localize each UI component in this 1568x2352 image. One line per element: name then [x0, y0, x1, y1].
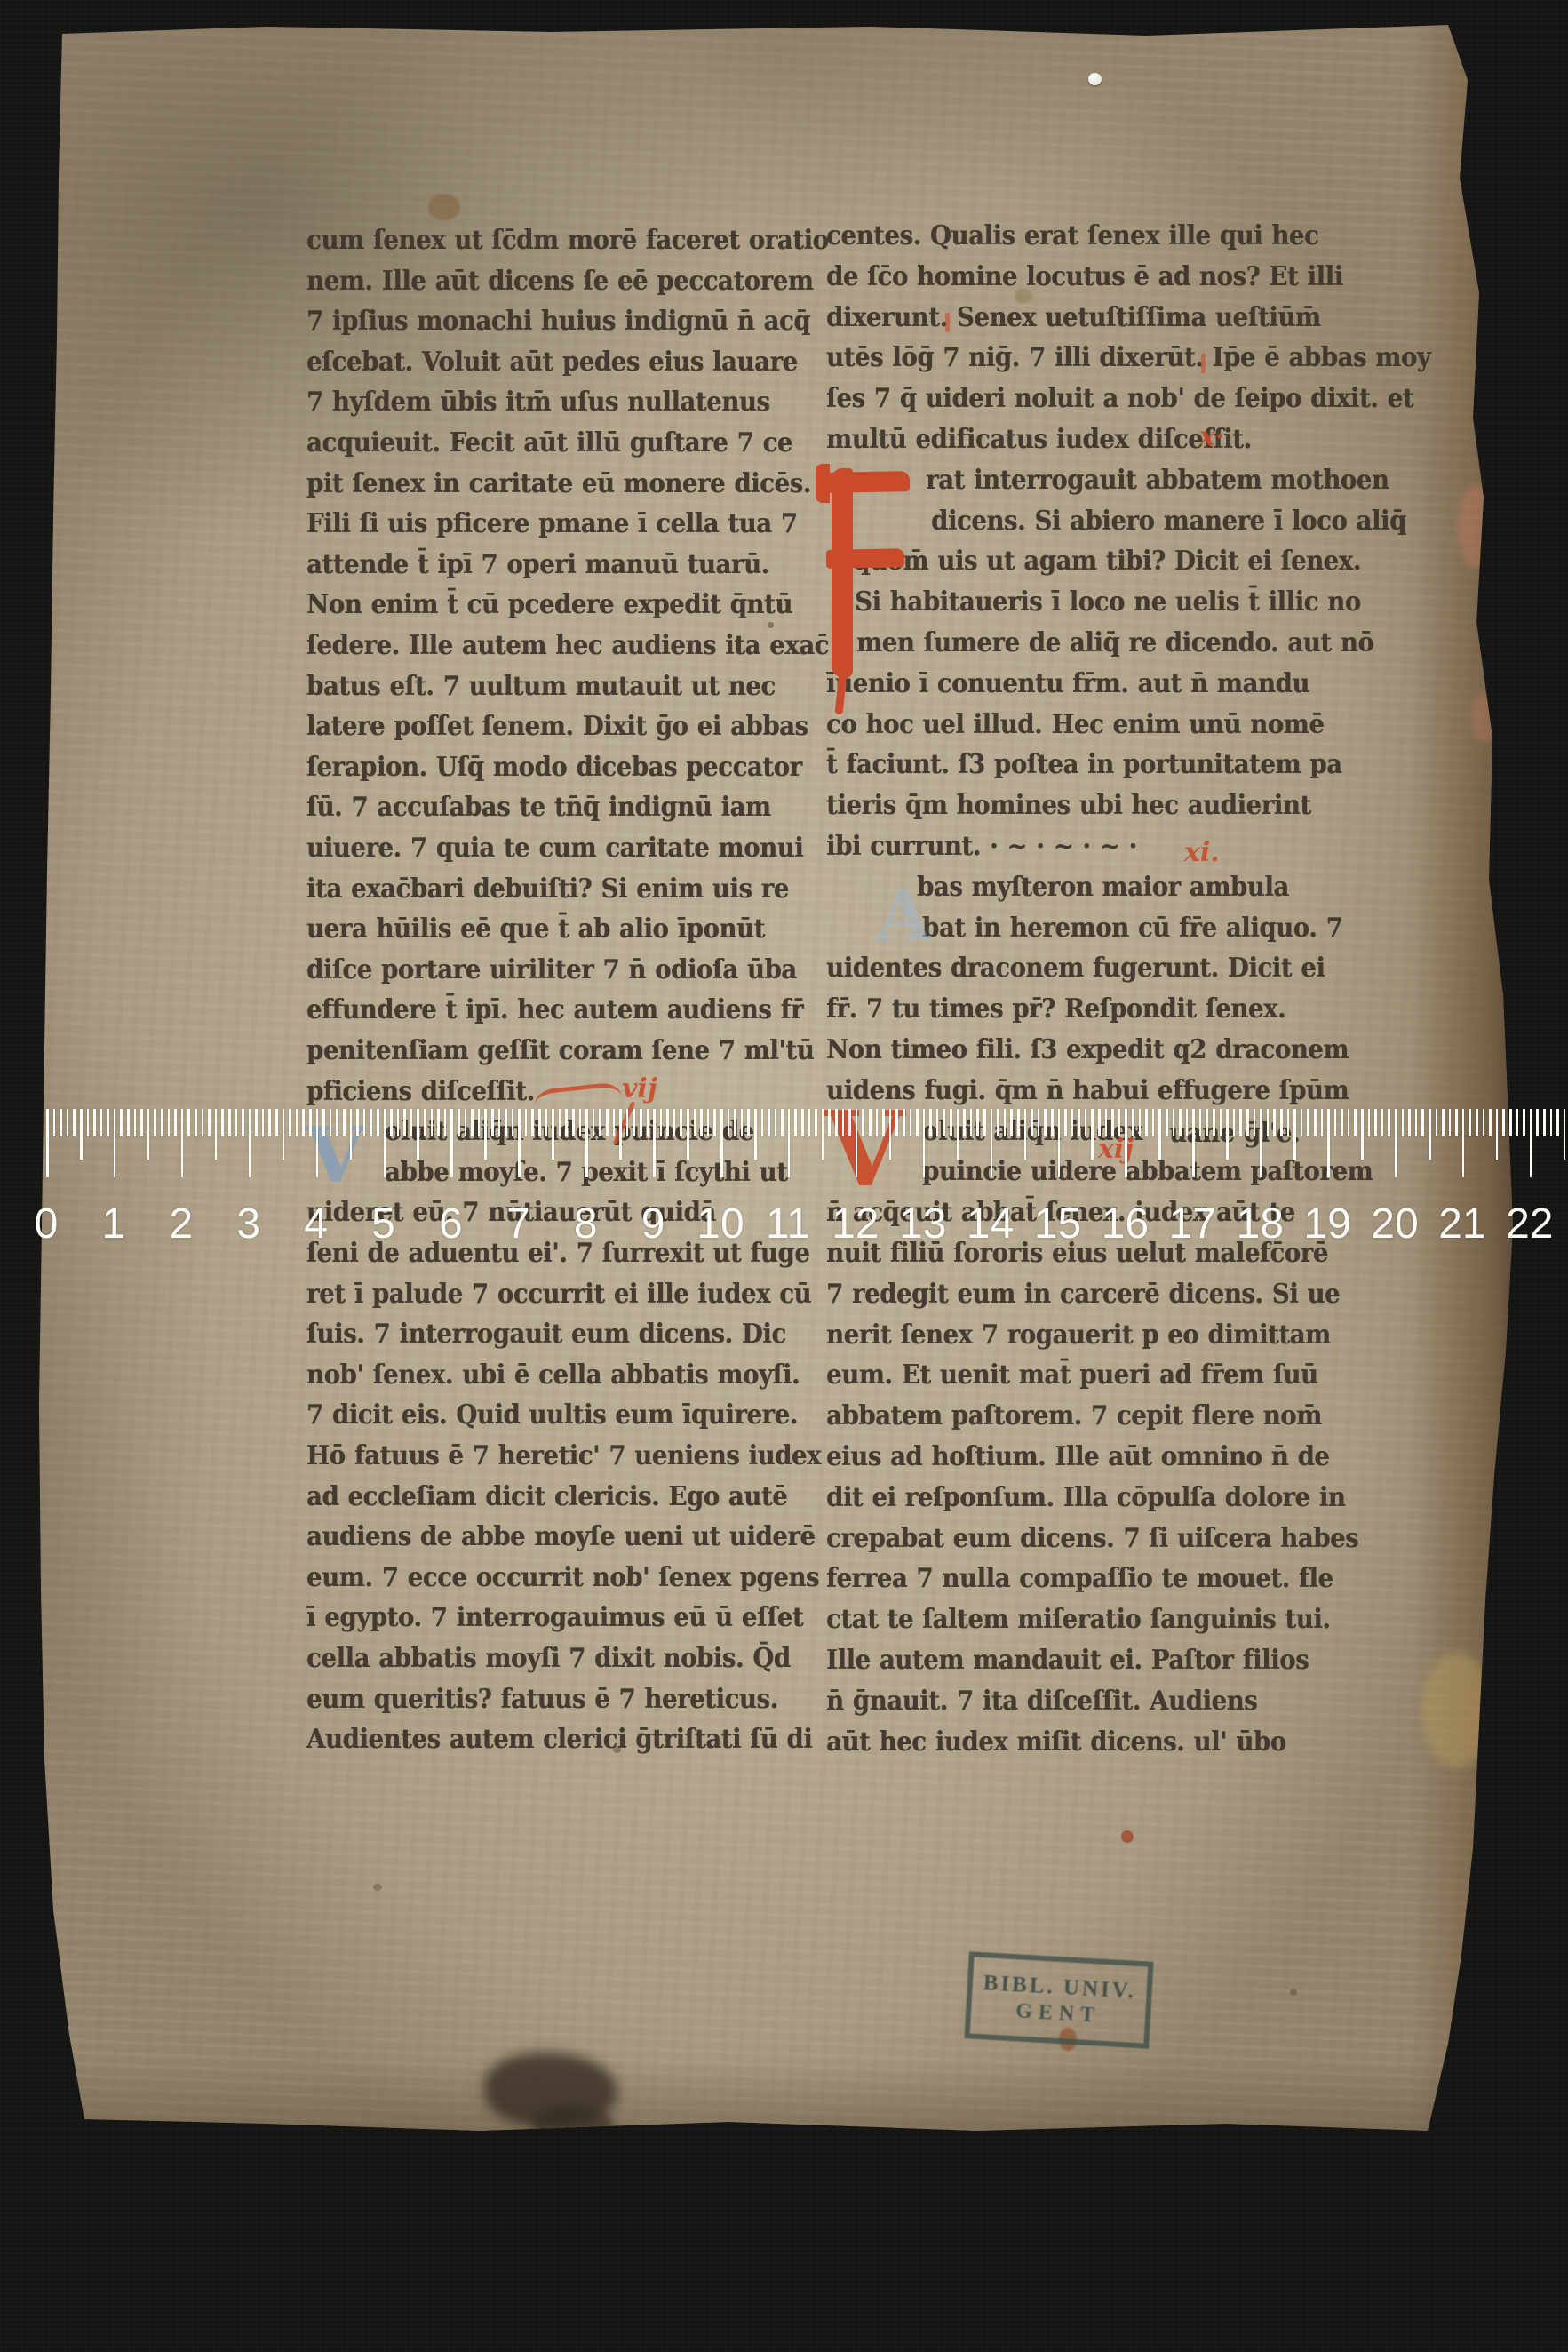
ruler-tick — [127, 1109, 130, 1136]
ruler-tick — [1226, 1109, 1229, 1160]
ruler-tick — [60, 1109, 62, 1136]
ruler-tick — [525, 1109, 528, 1136]
manuscript-line: men ſumere de aliq̄ re dicendo. aut nō — [856, 627, 1373, 658]
red-touched-capital — [1201, 354, 1206, 373]
ruler-tick — [983, 1109, 986, 1136]
ruler-tick — [1550, 1109, 1553, 1136]
manuscript-line: fr̄. 7 tu times pr̄? Reſpondit ſenex. — [826, 993, 1285, 1024]
ruler-number: 19 — [1303, 1200, 1350, 1248]
ruler-number: 13 — [899, 1200, 946, 1248]
ruler-tick — [377, 1109, 379, 1136]
ruler-tick — [174, 1109, 177, 1136]
ruler-tick — [1105, 1109, 1108, 1136]
ruler-tick — [1071, 1109, 1074, 1136]
ruler-tick — [262, 1109, 265, 1136]
ruler-tick — [1429, 1109, 1431, 1160]
ruler-tick — [1199, 1109, 1202, 1136]
ruler-tick — [1442, 1109, 1445, 1136]
ruler-tick — [963, 1109, 966, 1136]
ruler-tick — [593, 1109, 595, 1136]
ruler-tick — [370, 1109, 372, 1136]
manuscript-line: pit ſenex in caritate eū monere dicēs. — [306, 468, 811, 498]
ruler-tick — [842, 1109, 845, 1136]
ruler-tick — [707, 1109, 710, 1136]
manuscript-line: eum. 7 ecce occurrit nob' ſenex pgens — [306, 1562, 819, 1592]
ruler-tick — [976, 1109, 979, 1136]
ruler-tick — [484, 1109, 487, 1160]
ruler-tick — [465, 1109, 467, 1136]
manuscript-line: Non enim t̄ cū pcedere expedit q̄ntū — [306, 589, 792, 619]
ruler-tick — [1408, 1109, 1411, 1136]
stain — [1457, 484, 1494, 569]
manuscript-line: ī egypto. 7 interrogauimus eū ū eſſet — [306, 1602, 803, 1632]
manuscript-line: ita exac̄bari debuiſti? Si enim uis re — [306, 873, 789, 904]
manuscript-line: quom̄ uis ut agam tibi? Dicit ei ſenex. — [853, 546, 1361, 576]
ruler-tick — [1301, 1109, 1303, 1136]
ruler-number: 15 — [1034, 1200, 1081, 1248]
ruler-tick — [1449, 1109, 1452, 1136]
ruler-tick — [228, 1109, 231, 1136]
ruler-tick — [734, 1109, 736, 1136]
ruler-tick — [512, 1109, 514, 1136]
ruler-tick — [1489, 1109, 1492, 1136]
ruler-tick — [1436, 1109, 1438, 1136]
manuscript-line: audiens de abbe moyſe ueni ut uiderē — [306, 1521, 816, 1551]
ruler-tick — [835, 1109, 838, 1136]
ruler-tick — [390, 1109, 393, 1136]
ruler-tick — [647, 1109, 649, 1136]
ruler-tick — [330, 1109, 332, 1136]
manuscript-line: tieris q̄m homines ubi hec audierint — [826, 790, 1311, 820]
stamp-line1: BIBL. UNIV. — [983, 1971, 1136, 2005]
ruler-tick — [910, 1109, 912, 1136]
ruler-tick — [100, 1109, 103, 1136]
ruler-tick — [1354, 1109, 1357, 1136]
ruler-tick — [565, 1109, 568, 1136]
ruler-tick — [1502, 1109, 1505, 1136]
ruler-tick — [889, 1109, 892, 1160]
ruler-tick — [1267, 1109, 1270, 1136]
manuscript-line: dixerunt. Senex uetuſtiſſima ueſtiūm̄ — [826, 302, 1321, 332]
ruler-tick — [1186, 1109, 1189, 1136]
ruler-tick — [950, 1109, 952, 1136]
manuscript-line: ibi currunt. · ~ · ~ · ~ · — [826, 831, 1137, 861]
ruler-tick — [410, 1109, 413, 1136]
ruler-tick — [134, 1109, 137, 1136]
stain — [428, 194, 460, 220]
speck — [373, 1884, 382, 1891]
ruler-number: 16 — [1102, 1200, 1149, 1248]
ruler-tick — [296, 1109, 298, 1136]
ruler-tick — [202, 1109, 204, 1136]
ruler-number: 14 — [967, 1200, 1014, 1248]
ruler-tick — [903, 1109, 905, 1136]
ruler-tick — [107, 1109, 109, 1136]
ruler-tick — [700, 1109, 703, 1136]
manuscript-line: utēs lōḡ 7 niḡ. 7 illi dixerūt. Ip̄e ē a… — [826, 342, 1430, 372]
ruler-tick — [822, 1109, 824, 1160]
ruler-tick — [80, 1109, 83, 1160]
ruler-tick — [336, 1109, 338, 1136]
ruler-tick — [1166, 1109, 1168, 1136]
ruler-tick — [538, 1109, 541, 1136]
ruler-tick — [694, 1109, 696, 1136]
manuscript-line: 7 ipſius monachi huius indignū n̄ acq̄ — [306, 306, 810, 336]
ruler-tick — [1496, 1109, 1499, 1160]
manuscript-line: latere poſſet ſenem. Dixit ḡo ei abbas — [306, 711, 808, 741]
ruler-tick — [997, 1109, 999, 1136]
ruler-tick — [552, 1109, 554, 1160]
ruler-tick — [1158, 1109, 1161, 1160]
ruler-tick — [856, 1109, 858, 1177]
manuscript-line: ctat te ſaltem miſeratio ſanguinis tui. — [826, 1604, 1330, 1634]
ruler-tick — [289, 1109, 291, 1136]
ruler-tick — [1469, 1109, 1471, 1136]
ruler-tick — [876, 1109, 879, 1136]
ruler-tick — [1220, 1109, 1222, 1136]
ruler-number: 10 — [696, 1200, 744, 1248]
ink-blot — [533, 2106, 613, 2141]
ruler-tick — [478, 1109, 481, 1136]
ruler-number: 7 — [506, 1200, 530, 1248]
ruler-tick — [936, 1109, 939, 1136]
manuscript-line: nem. Ille aūt dicens ſe eē peccatorem — [306, 266, 813, 296]
manuscript-line: 7 dicit eis. Quid uultis eum īquirere. — [306, 1399, 798, 1430]
stain — [1470, 693, 1499, 742]
manuscript-line: nerit ſenex 7 rogauerit p eo dimittam — [826, 1320, 1331, 1350]
ruler-tick — [1368, 1109, 1371, 1136]
manuscript-line: ret ī palude 7 occurrit ei ille iudex cū — [306, 1279, 811, 1309]
ruler-tick — [1421, 1109, 1424, 1136]
ruler-tick — [1051, 1109, 1054, 1136]
ruler-tick — [187, 1109, 190, 1136]
ruler-tick — [471, 1109, 474, 1136]
ruler-tick — [268, 1109, 271, 1136]
ruler-number: 2 — [169, 1200, 193, 1248]
ruler-tick — [168, 1109, 171, 1136]
red-touched-capital — [945, 313, 950, 332]
ruler-tick — [1564, 1109, 1566, 1160]
library-stamp: BIBL. UNIV. GENT — [964, 1951, 1153, 2048]
speck — [1290, 1989, 1297, 1996]
ruler-tick — [653, 1109, 656, 1177]
manuscript-line: aūt hec iudex miſit dicens. ul' ūbo — [826, 1726, 1286, 1757]
ruler-tick — [437, 1109, 440, 1136]
ruler-tick — [431, 1109, 434, 1136]
ruler-tick — [1017, 1109, 1020, 1136]
ruler-tick — [828, 1109, 831, 1136]
rubric-numeral: xi. — [1184, 837, 1220, 868]
initial-A-blue: A — [876, 880, 931, 951]
manuscript-line: eius ad hoſtium. Ille aūt omnino n̄ de — [826, 1441, 1329, 1471]
ruler-tick — [1273, 1109, 1276, 1136]
ruler-tick — [848, 1109, 851, 1136]
ruler-tick — [498, 1109, 501, 1136]
ruler-tick — [1381, 1109, 1384, 1136]
ruler-tick — [1098, 1109, 1101, 1136]
ruler-tick — [1260, 1109, 1262, 1177]
ruler-tick — [1509, 1109, 1512, 1136]
ruler-tick — [363, 1109, 366, 1136]
ruler-tick — [491, 1109, 494, 1136]
ruler-tick — [444, 1109, 447, 1136]
ruler-tick — [1536, 1109, 1539, 1136]
ruler-tick — [640, 1109, 642, 1136]
ruler-tick — [1287, 1109, 1290, 1136]
ruler-tick — [794, 1109, 797, 1136]
manuscript-line: de ſc̄o homine locutus ē ad nos? Et illi — [826, 261, 1343, 291]
ruler-tick — [53, 1109, 56, 1136]
ruler-tick — [356, 1109, 359, 1136]
ruler-tick — [114, 1109, 116, 1177]
ruler-tick — [1111, 1109, 1114, 1136]
ruler-tick — [747, 1109, 750, 1136]
ruler-tick — [666, 1109, 669, 1136]
ruler-tick — [895, 1109, 898, 1136]
ruler-tick — [275, 1109, 278, 1136]
manuscript-line: ſes 7 q̄ uideri noluit a nob' de ſeipo d… — [826, 383, 1413, 413]
ruler-tick — [1327, 1109, 1330, 1177]
ruler-tick — [606, 1109, 609, 1136]
ruler-tick — [713, 1109, 716, 1136]
ruler-tick — [46, 1109, 49, 1177]
ruler-number: 3 — [236, 1200, 260, 1248]
ruler-tick — [1173, 1109, 1175, 1136]
manuscript-line: nob' ſenex. ubi ē cella abbatis moyſi. — [306, 1359, 800, 1390]
ruler-tick — [161, 1109, 163, 1136]
ruler-tick — [1125, 1109, 1127, 1177]
rubric-numeral: x· — [1199, 421, 1224, 452]
ruler-tick — [1213, 1109, 1215, 1136]
rubric-numeral: xij — [1098, 1134, 1134, 1165]
ruler-tick — [1024, 1109, 1027, 1160]
manuscript-line: īuenio ī conuentu fr̄m. aut n̄ mandu — [826, 668, 1309, 698]
manuscript-line: eſcebat. Voluit aūt pedes eius lauare — [306, 347, 798, 377]
ruler-tick — [283, 1109, 285, 1160]
ruler-tick — [215, 1109, 218, 1160]
ruler-tick — [1085, 1109, 1087, 1136]
ruler-tick — [518, 1109, 521, 1177]
ruler-tick — [781, 1109, 784, 1136]
manuscript-line: ad eccleſiam dicit clericis. Ego autē — [306, 1481, 787, 1511]
ruler-tick — [545, 1109, 548, 1136]
manuscript-line: t̄ faciunt. ſ3 poſtea in portunitatem pa — [826, 749, 1342, 779]
ruler-tick — [957, 1109, 959, 1160]
ruler-number: 4 — [304, 1200, 328, 1248]
ruler-tick — [235, 1109, 238, 1136]
manuscript-line: cum ſenex ut ſc̄dm morē faceret oratio — [306, 225, 828, 255]
manuscript-line: cella abbatis moyſi 7 dixit nobis. Q̄d — [306, 1643, 791, 1673]
ruler-tick — [775, 1109, 777, 1136]
manuscript-line: oluit aliq̄n iudex puincie de — [385, 1116, 754, 1146]
ruler-tick — [424, 1109, 426, 1136]
ruler-tick — [862, 1109, 864, 1136]
manuscript-line: dit ei reſponſum. Illa cōpulſa dolore in — [826, 1482, 1345, 1512]
ruler-tick — [1145, 1109, 1148, 1136]
ruler-tick — [1483, 1109, 1485, 1136]
ruler-tick — [147, 1109, 150, 1160]
ruler-tick — [626, 1109, 629, 1136]
manuscript-leaf: cum ſenex ut ſc̄dm morē faceret oratione… — [0, 0, 1568, 2352]
ruler-tick — [1206, 1109, 1208, 1136]
manuscript-line: ſuis. 7 interrogauit eum dicens. Dic — [306, 1319, 786, 1349]
manuscript-line: ſerapion. Uſq̄ modo dicebas peccator — [306, 752, 802, 782]
ruler-tick — [1239, 1109, 1242, 1136]
rubric-numeral: vij — [622, 1073, 657, 1104]
manuscript-line: diſce portare uiriliter 7 n̄ odioſa ūba — [306, 954, 797, 985]
ruler-tick — [309, 1109, 312, 1136]
red-spot — [1121, 1830, 1134, 1843]
ruler-tick — [869, 1109, 872, 1136]
ruler-tick — [929, 1109, 932, 1136]
ruler-tick — [67, 1109, 69, 1136]
ruler-tick — [1118, 1109, 1121, 1136]
ruler-tick — [417, 1109, 419, 1160]
manuscript-line: eum. Et uenit mat̄ pueri ad fr̄em ſuū — [826, 1359, 1318, 1390]
ruler-tick — [1395, 1109, 1397, 1177]
ruler-tick — [660, 1109, 663, 1136]
ruler-number: 5 — [371, 1200, 395, 1248]
ruler-tick — [1523, 1109, 1525, 1136]
manuscript-line: uiuere. 7 quia te cum caritate monui — [306, 833, 803, 863]
ruler-tick — [808, 1109, 811, 1136]
manuscript-line: batus eſt. 7 uultum mutauit ut nec — [306, 671, 776, 701]
manuscript-line: multū edificatus iudex diſceſſit. — [826, 424, 1252, 454]
ruler-tick — [673, 1109, 676, 1136]
manuscript-line: attende t̄ ipī 7 operi manuū tuarū. — [306, 549, 769, 579]
ruler-tick — [302, 1109, 305, 1136]
ruler-tick — [531, 1109, 534, 1136]
ruler-tick — [242, 1109, 244, 1136]
manuscript-line: co hoc uel illud. Hec enim unū nomē — [826, 709, 1324, 739]
manuscript-line: 7 redegit eum in carcerē dicens. Si ue — [826, 1279, 1340, 1309]
speck — [768, 622, 774, 628]
ruler-tick — [1455, 1109, 1458, 1136]
manuscript-line: pficiens diſceſſit. — [306, 1076, 535, 1106]
ruler-tick — [1031, 1109, 1033, 1136]
manuscript-line: Audientes autem clerici ḡtriſtati ſū di — [306, 1724, 812, 1754]
ruler-tick — [505, 1109, 507, 1136]
manuscript-line: ferrea 7 nulla compaſſio te mouet. fle — [826, 1563, 1333, 1593]
manuscript-photo: { "colors": { "background": "#141412", "… — [0, 0, 1568, 2352]
ruler-number: 1 — [102, 1200, 126, 1248]
ruler-tick — [970, 1109, 973, 1136]
manuscript-line: eum queritis? fatuus ē 7 hereticus. — [306, 1684, 778, 1714]
ruler-tick — [916, 1109, 919, 1136]
manuscript-line: Si habitaueris ī loco ne uelis t̄ illic … — [855, 586, 1361, 617]
manuscript-line: centes. Qualis erat ſenex ille qui hec — [826, 220, 1318, 251]
manuscript-line: Hō fatuus ē 7 heretic' 7 ueniens iudex — [306, 1440, 821, 1471]
manuscript-line: bat in heremon cū fr̄e aliquo. 7 — [922, 913, 1342, 943]
ruler-tick — [882, 1109, 885, 1136]
ruler-tick — [403, 1109, 406, 1136]
ruler-tick — [1307, 1109, 1309, 1136]
ruler-tick — [1321, 1109, 1324, 1136]
ruler-tick — [154, 1109, 156, 1136]
manuscript-line: 7 hyſdem ūbis itm̄ uſus nullatenus — [306, 387, 770, 417]
ruler-tick — [1078, 1109, 1080, 1136]
reference-dot — [1088, 73, 1102, 85]
manuscript-line: uera hūilis eē que t̄ ab alio īponūt — [306, 913, 765, 944]
manuscript-line: penitenſiam geſſit coram ſene 7 ml'tū — [306, 1035, 814, 1065]
ruler-tick — [1415, 1109, 1418, 1136]
manuscript-line: Fili ſi uis pficere pmane ī cella tua 7 — [306, 508, 797, 538]
ruler-tick — [1293, 1109, 1296, 1160]
manuscript-line: n̄ ḡnauit. 7 ita diſceſſit. Audiens — [826, 1686, 1257, 1716]
ruler-tick — [384, 1109, 386, 1177]
ruler-tick — [1064, 1109, 1067, 1136]
ruler-tick — [720, 1109, 723, 1177]
ruler-tick — [181, 1109, 184, 1177]
ruler-tick — [1246, 1109, 1249, 1136]
stain — [1421, 1653, 1492, 1768]
ruler-tick — [680, 1109, 682, 1136]
ruler-tick — [1233, 1109, 1236, 1136]
ruler-tick — [450, 1109, 453, 1177]
ruler-tick — [754, 1109, 757, 1160]
ruler-tick — [322, 1109, 325, 1136]
ruler-tick — [1341, 1109, 1343, 1136]
ruler-tick — [458, 1109, 460, 1136]
ruler-tick — [249, 1109, 251, 1177]
manuscript-line: Ille autem mandauit ei. Paſtor filios — [826, 1645, 1309, 1675]
ruler-tick — [991, 1109, 993, 1177]
manuscript-line: abbatem paſtorem. 7 cepit flere nom̄ — [826, 1400, 1322, 1431]
ruler-tick — [1314, 1109, 1317, 1136]
ruler-tick — [801, 1109, 804, 1136]
ruler-tick — [613, 1109, 616, 1136]
ruler-tick — [585, 1109, 588, 1177]
manuscript-line: crepabat eum dicens. 7 ſi uiſcera habes — [826, 1523, 1358, 1553]
ruler-tick — [1192, 1109, 1195, 1177]
manuscript-line: effundere t̄ ipī. hec autem audiens fr̄ — [306, 994, 803, 1025]
ruler-tick — [1091, 1109, 1094, 1160]
ruler-tick — [1348, 1109, 1350, 1136]
ruler-number: 12 — [832, 1200, 879, 1248]
ruler-tick — [255, 1109, 258, 1136]
stamp-line2: GENT — [1015, 1999, 1101, 2028]
ruler-tick — [120, 1109, 123, 1136]
manuscript-line: uidens fugi. q̄m n̄ habui effugere ſpūm — [826, 1075, 1349, 1105]
ruler-tick — [619, 1109, 622, 1160]
manuscript-line: bas myſteron maior ambula — [917, 872, 1289, 902]
ruler-tick — [397, 1109, 400, 1136]
manuscript-line: acquieuit. Fecit aūt illū guſtare 7 ce — [306, 427, 792, 458]
ruler-tick — [761, 1109, 764, 1136]
ruler-tick — [1152, 1109, 1155, 1136]
torn-right-edge — [1413, 0, 1519, 2150]
ruler-tick — [1374, 1109, 1377, 1136]
ruler-tick — [1280, 1109, 1283, 1136]
ruler-tick — [93, 1109, 96, 1136]
ruler-tick — [87, 1109, 90, 1136]
ruler-tick — [1476, 1109, 1478, 1136]
ruler-tick — [923, 1109, 926, 1177]
ruler-tick — [1556, 1109, 1559, 1136]
ruler-tick — [1139, 1109, 1142, 1136]
ruler-tick — [788, 1109, 791, 1177]
ruler-tick — [943, 1109, 945, 1136]
ruler-tick — [1044, 1109, 1047, 1136]
ruler-tick — [1254, 1109, 1256, 1136]
ruler-tick — [1179, 1109, 1182, 1136]
ruler-tick — [1388, 1109, 1390, 1136]
ruler-tick — [1530, 1109, 1532, 1177]
ruler-tick — [579, 1109, 582, 1136]
ruler-tick — [1132, 1109, 1134, 1136]
ruler-tick — [1038, 1109, 1040, 1136]
ruler-tick — [1058, 1109, 1061, 1177]
